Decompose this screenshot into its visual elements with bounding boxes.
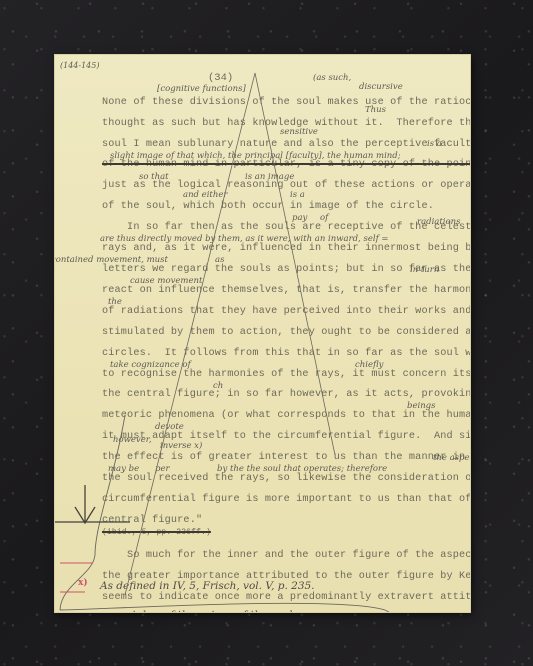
typed-line-16: meteoric phenomena (or what corresponds … [102,410,470,421]
typed-line-3: soul I mean sublunary nature and also th… [102,139,470,150]
annotation-inverse: inverse x) [160,441,202,451]
annotation-as-such: (as such, [313,73,351,83]
typed-line-18: the effect is of greater interest to us … [102,452,470,463]
annotation-sensitive: sensitive [280,127,318,137]
annotation-thus: Thus [365,105,386,115]
annotation-cause-movement: cause movement [130,276,202,286]
typed-line-14: to recognise the harmonies of the rays, … [102,369,470,380]
annotation-cognitive-functions: [cognitive functions] [157,84,246,94]
typed-line-21: central figure." [102,515,202,526]
annotation-devote: devote [155,422,184,432]
typed-line-10: react on influence themselves, that is, … [102,285,470,296]
typed-line-1: None of these divisions of the soul make… [102,97,470,108]
annotation-partakes: partakes of the nature of the soul, [114,609,296,612]
annotation-line-8-insert: are thus directly moved by them, as it w… [100,234,389,244]
footnote-marker: x) [78,578,88,588]
footnote-text: As defined in IV, 5, Frisch, vol. V, p. … [100,580,315,592]
annotation-pay: pay [292,213,307,223]
page-number: (34) [208,72,233,84]
typed-line-19: the soul received the rays, so likewise … [102,473,470,484]
annotation-however: however, [113,435,152,445]
annotation-and-either: and either [183,190,227,200]
annotation-is-a-2: is a [290,190,305,200]
typed-line-11: of radiations that they have perceived i… [102,306,470,317]
annotation-the-aspect: the aspect [433,453,470,463]
annotation-ch: ch [213,381,223,391]
typed-line-20: circumferential figure is more important… [102,494,470,505]
typed-line-6: of the soul, which both occur in image o… [102,201,434,212]
annotation-contained-movement: contained movement, must [55,255,168,265]
manuscript-page: (144-145) (34) None of these divisions o… [55,55,470,612]
annotation-beings: beings [407,401,435,411]
typed-line-12: stimulated by them to action, they ought… [102,327,470,338]
annotation-per: per [155,464,170,474]
typed-line-22: So much for the inner and the outer figu… [102,550,470,561]
typed-line-24: seems to indicate once more a predominan… [102,592,470,603]
typed-citation-struck: (ibid., 5, pp. 236ff.) [102,528,211,537]
annotation-so-that: so that [139,172,169,182]
annotation-line-19-insert: by the the soul that operates; therefore [217,464,387,474]
annotation-is-a: is a [427,139,442,149]
typed-line-17: it must adapt itself to the circumferent… [102,431,470,442]
annotation-chiefly: chiefly [355,360,383,370]
typed-line-7: In so far then as the souls are receptiv… [102,222,470,233]
page-reference: (144-145) [60,61,99,70]
typed-line-13: circles. It follows from this that in so… [102,348,470,359]
annotation-of: of [320,213,328,223]
annotation-in-turn: in turn [410,265,439,275]
annotation-as: as [215,255,224,265]
annotation-radiations: radiations [417,217,460,227]
arrow-head-icon [75,507,95,523]
annotation-an-image: is an image [245,172,294,182]
annotation-the: the [108,297,122,307]
annotation-line-4-insert: slight image of that which, the principa… [110,151,401,161]
typed-line-8: rays and, as it were, influenced in thei… [102,243,470,254]
annotation-discursive: discursive [359,82,403,92]
annotation-may-be: may be [108,464,139,474]
annotation-take-cognizance: take cognizance of [110,360,191,370]
typed-line-15: the central figure; in so far however, a… [102,389,470,400]
